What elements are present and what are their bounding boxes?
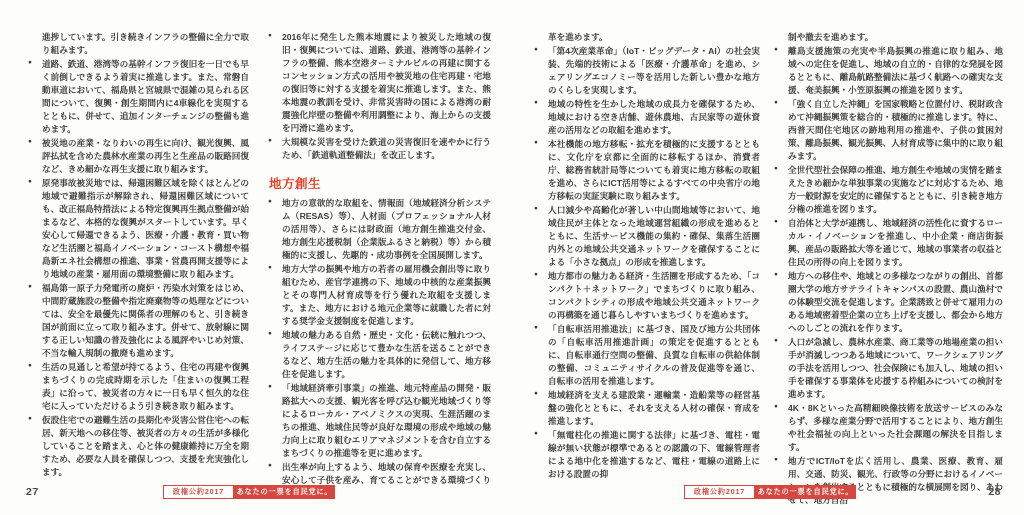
policy-bullet-item: ●福島第一原子力発電所の廃炉・汚染水対策をはじめ、中間貯蔵施設の整備や指定廃棄物… bbox=[28, 282, 249, 360]
policy-bullet-item: ●地方都市の魅力ある経済・生活圏を形成するため、「コンパクト＋ネットワーク」でま… bbox=[534, 270, 760, 322]
bullet-icon: ● bbox=[28, 139, 32, 146]
item-text: 制や撤去を進めます。 bbox=[788, 32, 873, 42]
bullet-icon: ● bbox=[774, 219, 778, 226]
bullet-icon: ● bbox=[774, 338, 778, 345]
bullet-icon: ● bbox=[28, 60, 32, 67]
policy-bullet-item: ●仮設住宅での避難生活の長期化や災害公営住宅への転居、新天地への移住等、被災者の… bbox=[28, 414, 249, 479]
bullet-icon: ● bbox=[268, 33, 272, 40]
bullet-icon: ● bbox=[534, 100, 538, 107]
policy-bullet-item: ●大規模な災害を受けた鉄道の災害復旧を速やかに行うため、「鉄道軌道整備法」を改正… bbox=[268, 136, 491, 162]
item-text: 大規模な災害を受けた鉄道の災害復旧を速やかに行うため、「鉄道軌道整備法」を改正し… bbox=[282, 137, 491, 160]
page-number-27: 27 bbox=[26, 486, 39, 498]
item-text: 仮設住宅での避難生活の長期化や災害公営住宅への転居、新天地への移住等、被災者の方… bbox=[42, 415, 249, 477]
item-text: 地域経済を支える建設業・運輸業・造船業等の経営基盤の強化とともに、それを支える人… bbox=[548, 390, 760, 426]
policy-bullet-item: ●地域経済を支える建設業・運輸業・造船業等の経営基盤の強化とともに、それを支える… bbox=[534, 389, 760, 428]
policy-bullet-item: ●自治体と大学が連携し、地域経済の活性化に資するローカル・イノベーションを推進し… bbox=[774, 217, 1003, 269]
bullet-icon: ● bbox=[28, 363, 32, 370]
item-text: 地方都市の魅力ある経済・生活圏を形成するため、「コンパクト＋ネットワーク」でまち… bbox=[548, 271, 760, 320]
badge-slogan-label: あなたの一票を自民党に。 bbox=[755, 485, 856, 499]
policy-bullet-item: ●人口減少や高齢化が著しい中山間地域等において、地域住民が主体となった地域運営組… bbox=[534, 204, 760, 269]
item-text: 2016年に発生した熊本地震により被災した地域の復旧・復興については、道路、鉄道… bbox=[282, 32, 491, 133]
bullet-icon: ● bbox=[534, 272, 538, 279]
item-text: 全世代型社会保障の推進、地方創生や地域の実情を踏まえたきめ細かな単独事業の実施な… bbox=[788, 165, 1003, 214]
item-text: 革を進めます。 bbox=[548, 32, 607, 42]
bullet-icon: ● bbox=[534, 206, 538, 213]
bullet-icon: ● bbox=[268, 463, 272, 470]
policy-bullet-item: ●地域の魅力ある自然・歴史・文化・伝統に触れつつ、ライフステージに応じて豊かな生… bbox=[268, 329, 491, 381]
policy-bullet-item: ●被災地の産業・なりわいの再生に向け、観光復興、風評払拭を含めた農林水産業の再生… bbox=[28, 137, 249, 176]
policy-bullet-item: ●人口が急減し、農林水産業、商工業等の地場産業の担い手が消滅しつつある地域につい… bbox=[774, 336, 1003, 401]
bullet-icon: ● bbox=[28, 284, 32, 291]
item-text: 地域の魅力ある自然・歴史・文化・伝統に触れつつ、ライフステージに応じて豊かな生活… bbox=[282, 330, 491, 379]
item-text: 地方の意欲的な取組を、情報面（地域経済分析システム（RESAS）等）、人材面（プ… bbox=[282, 198, 491, 260]
pamphlet-spread: 進捗しています。引き続きインフラの整備に全力で取り組みます。●道路、鉄道、港湾等… bbox=[0, 0, 1024, 515]
item-text: 地域の特性を生かした地域の成長力を確保するため、地域における空き店舗、遊休農地、… bbox=[548, 99, 760, 135]
policy-bullet-item: ●本社機能の地方移転・拡充を積極的に支援するとともに、文化庁を京都に全面的に移転… bbox=[534, 138, 760, 203]
item-text: 4K・8Kといった高精細映像技術を放送サービスのみならず、多様な産業分野で活用す… bbox=[788, 403, 1003, 452]
policy-bullet-item: ●2016年に発生した熊本地震により被災した地域の復旧・復興については、道路、鉄… bbox=[268, 31, 491, 135]
item-text: 「強く自立した沖縄」を国家戦略と位置付け、税財政含めて沖縄振興策を総合的・積極的… bbox=[788, 99, 1003, 161]
badge-manifesto-label: 政権公約2017 bbox=[684, 485, 755, 499]
item-text: 「第4次産業革命」（IoT・ビッグデータ・AI）の社会実装、先端的技術による「医… bbox=[548, 46, 760, 95]
page-28-column-1: 革を進めます。●「第4次産業革命」（IoT・ビッグデータ・AI）の社会実装、先端… bbox=[534, 31, 760, 482]
paragraph-continuation: 革を進めます。 bbox=[534, 31, 760, 44]
bullet-icon: ● bbox=[534, 325, 538, 332]
bullet-icon: ● bbox=[534, 140, 538, 147]
policy-bullet-item: ●「地域経済牽引事業」の推進、地元特産品の開発・販路拡大への支援、観光客を呼び込… bbox=[268, 382, 491, 460]
policy-bullet-item: ●地方大学の振興や地方の若者の雇用機会創出等に取り組むため、産官学連携の下、地域… bbox=[268, 263, 491, 328]
policy-bullet-item: ●4K・8Kといった高精細映像技術を放送サービスのみならず、多様な産業分野で活用… bbox=[774, 402, 1003, 454]
bullet-icon: ● bbox=[534, 431, 538, 438]
item-text: 地方への移住や、地域との多様なつながりの創出、首都圏大学の地方サテライトキャンパ… bbox=[788, 271, 1003, 333]
item-text: 本社機能の地方移転・拡充を積極的に支援するとともに、文化庁を京都に全面的に移転す… bbox=[548, 139, 760, 201]
item-text: 「地域経済牽引事業」の推進、地元特産品の開発・販路拡大への支援、観光客を呼び込む… bbox=[282, 383, 491, 458]
policy-bullet-item: ●原発事故被災地では、帰還困難区域を除くほとんどの地域で避難指示が解除され、帰還… bbox=[28, 177, 249, 281]
item-text: 原発事故被災地では、帰還困難区域を除くほとんどの地域で避難指示が解除され、帰還困… bbox=[42, 178, 249, 279]
bullet-icon: ● bbox=[268, 265, 272, 272]
bullet-icon: ● bbox=[268, 199, 272, 206]
page-27-column-1: 進捗しています。引き続きインフラの整備に全力で取り組みます。●道路、鉄道、港湾等… bbox=[28, 31, 249, 480]
badge-manifesto-label: 政権公約2017 bbox=[163, 485, 234, 499]
bullet-icon: ● bbox=[774, 166, 778, 173]
bullet-icon: ● bbox=[774, 404, 778, 411]
bullet-icon: ● bbox=[28, 179, 32, 186]
item-text: 進捗しています。引き続きインフラの整備に全力で取り組みます。 bbox=[42, 32, 249, 55]
item-text: 生活の見通しと希望が持てるよう、住宅の再建や復興まちづくりの完成時期を示した「住… bbox=[42, 362, 249, 411]
item-text: 被災地の産業・なりわいの再生に向け、観光復興、風評払拭を含めた農林水産業の再生と… bbox=[42, 138, 249, 174]
policy-bullet-item: ●「自転車活用推進法」に基づき、国及び地方公共団体の「自転車活用推進計画」の策定… bbox=[534, 323, 760, 388]
bullet-icon: ● bbox=[268, 331, 272, 338]
page-number-28: 28 bbox=[988, 486, 1001, 498]
footer-badge-page-27: 政権公約2017 あなたの一票を自民党に。 bbox=[163, 485, 335, 499]
paragraph-continuation: 進捗しています。引き続きインフラの整備に全力で取り組みます。 bbox=[28, 31, 249, 57]
policy-bullet-item: ●全世代型社会保障の推進、地方創生や地域の実情を踏まえたきめ細かな単独事業の実施… bbox=[774, 164, 1003, 216]
policy-bullet-item: ●地域の特性を生かした地域の成長力を確保するため、地域における空き店舗、遊休農地… bbox=[534, 98, 760, 137]
policy-bullet-item: ●地方の意欲的な取組を、情報面（地域経済分析システム（RESAS）等）、人材面（… bbox=[268, 197, 491, 262]
bullet-icon: ● bbox=[28, 416, 32, 423]
policy-bullet-item: ●道路、鉄道、港湾等の基幹インフラ復旧を一日でも早く前倒しできるよう着実に推進し… bbox=[28, 58, 249, 136]
page-28-column-2: 制や撤去を進めます。●離島支援施策の充実や半島振興の推進に取り組み、地域への定住… bbox=[774, 31, 1003, 508]
item-text: 自治体と大学が連携し、地域経済の活性化に資するローカル・イノベーションを推進し、… bbox=[788, 218, 1003, 267]
policy-bullet-item: ●地方でICT/IoTを広く活用し、農業、医療、教育、雇用、交通、防災、観光、行… bbox=[774, 455, 1003, 507]
bullet-icon: ● bbox=[268, 384, 272, 391]
item-text: 福島第一原子力発電所の廃炉・汚染水対策をはじめ、中間貯蔵施設の整備や指定廃棄物等… bbox=[42, 283, 249, 358]
policy-bullet-item: ●離島支援施策の充実や半島振興の推進に取り組み、地域への定住を促進し、地域の自立… bbox=[774, 45, 1003, 97]
item-text: 人口が急減し、農林水産業、商工業等の地場産業の担い手が消滅しつつある地域について… bbox=[788, 337, 1003, 399]
policy-bullet-item: ●「第4次産業革命」（IoT・ビッグデータ・AI）の社会実装、先端的技術による「… bbox=[534, 45, 760, 97]
bullet-icon: ● bbox=[774, 272, 778, 279]
bullet-icon: ● bbox=[774, 47, 778, 54]
policy-bullet-item: ●「無電柱化の推進に関する法律」に基づき、電柱・電線が無い状態が標準であるとの認… bbox=[534, 429, 760, 481]
bullet-icon: ● bbox=[774, 457, 778, 464]
section-heading: 地方創生 bbox=[269, 174, 491, 192]
item-text: 離島支援施策の充実や半島振興の推進に取り組み、地域への定住を促進し、地域の自立的… bbox=[788, 46, 1003, 95]
footer-badge-page-28: 政権公約2017 あなたの一票を自民党に。 bbox=[684, 485, 856, 499]
bullet-icon: ● bbox=[774, 100, 778, 107]
bullet-icon: ● bbox=[534, 391, 538, 398]
item-text: 人口減少や高齢化が著しい中山間地域等において、地域住民が主体となった地域運営組織… bbox=[548, 205, 760, 267]
policy-bullet-item: ●地方への移住や、地域との多様なつながりの創出、首都圏大学の地方サテライトキャン… bbox=[774, 270, 1003, 335]
item-text: 「無電柱化の推進に関する法律」に基づき、電柱・電線が無い状態が標準であるとの認識… bbox=[548, 430, 760, 479]
policy-bullet-item: ●「強く自立した沖縄」を国家戦略と位置付け、税財政含めて沖縄振興策を総合的・積極… bbox=[774, 98, 1003, 163]
policy-bullet-item: ●生活の見通しと希望が持てるよう、住宅の再建や復興まちづくりの完成時期を示した「… bbox=[28, 361, 249, 413]
item-text: 地方大学の振興や地方の若者の雇用機会創出等に取り組むため、産官学連携の下、地域の… bbox=[282, 264, 491, 326]
item-text: 「自転車活用推進法」に基づき、国及び地方公共団体の「自転車活用推進計画」の策定を… bbox=[548, 324, 760, 386]
paragraph-continuation: 制や撤去を進めます。 bbox=[774, 31, 1003, 44]
badge-slogan-label: あなたの一票を自民党に。 bbox=[234, 485, 335, 499]
bullet-icon: ● bbox=[268, 138, 272, 145]
page-27-column-2: ●2016年に発生した熊本地震により被災した地域の復旧・復興については、道路、鉄… bbox=[268, 31, 491, 501]
item-text: 道路、鉄道、港湾等の基幹インフラ復旧を一日でも早く前倒しできるよう着実に推進しま… bbox=[42, 59, 249, 134]
bullet-icon: ● bbox=[534, 47, 538, 54]
